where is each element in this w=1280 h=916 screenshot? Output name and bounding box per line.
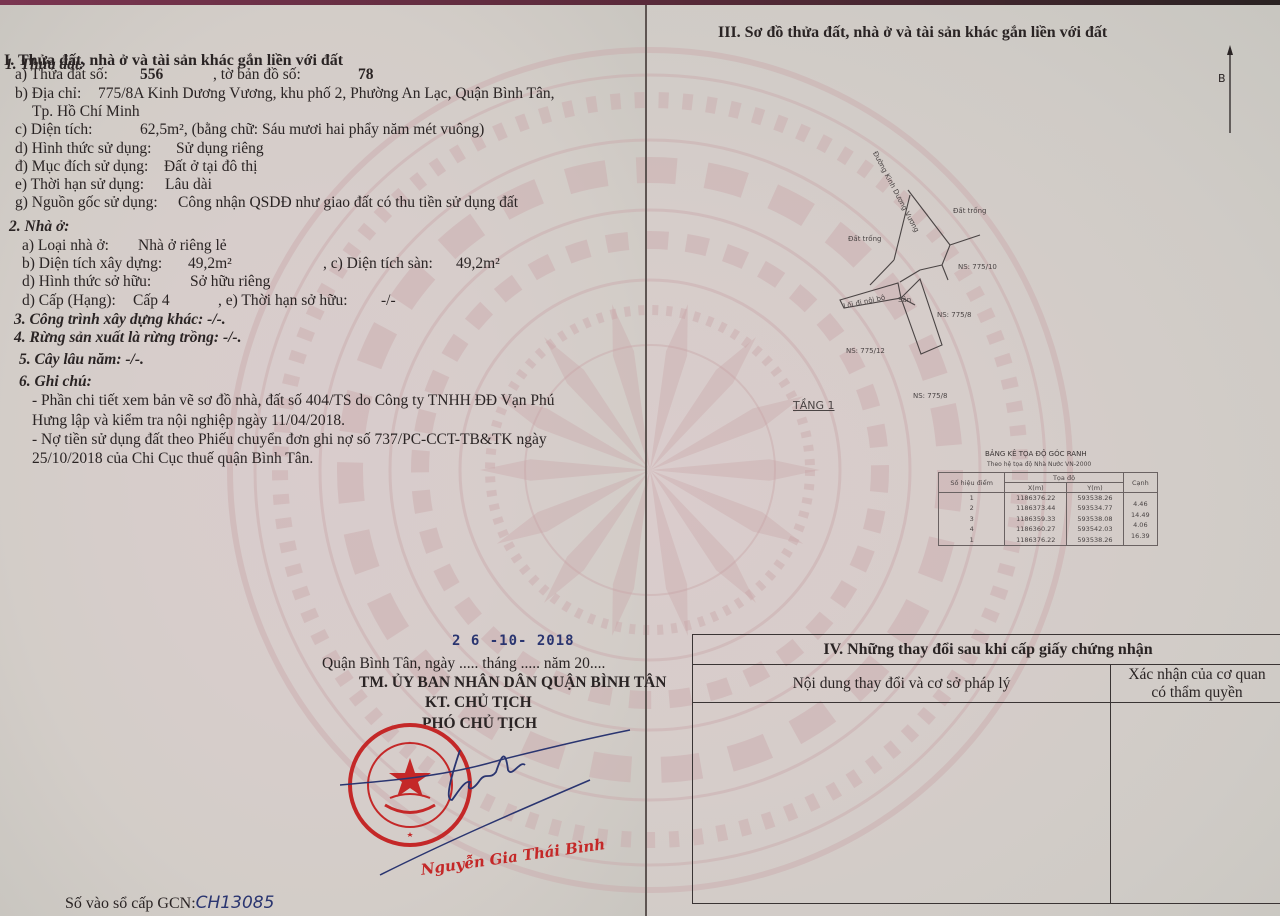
register-label-text: Số vào sổ cấp GCN: [65, 895, 196, 912]
floor-label: TẦNG 1 [793, 399, 835, 412]
sketch-label: Sân [898, 296, 911, 304]
coord-cell-edge: 14.49 [1123, 508, 1157, 519]
north-arrow-icon [1220, 45, 1240, 135]
coord-table: Số hiệu điểm Tọa độ Cạnh X(m) Y(m) 11186… [938, 472, 1158, 546]
origin-value: Công nhận QSDĐ như giao đất có thu tiền … [178, 194, 518, 212]
address-line1: 775/8A Kinh Dương Vương, khu phố 2, Phườ… [98, 85, 555, 103]
ownership-value: Sở hữu riêng [190, 273, 270, 291]
purpose-value: Đất ở tại đô thị [164, 158, 257, 176]
address-line2: Tp. Hồ Chí Minh [32, 103, 140, 121]
coord-cell-x: 1186376.22 [1005, 535, 1067, 546]
coord-cell-edge: 4.46 [1123, 498, 1157, 509]
purpose-label: đ) Mục đích sử dụng: [15, 158, 148, 176]
coord-cell-point: 4 [939, 524, 1005, 535]
own-term-value: -/- [381, 292, 396, 310]
coord-table-title: BẢNG KÊ TỌA ĐỘ GÓC RANH [985, 450, 1087, 458]
sketch-label: Đất trống [953, 207, 986, 215]
grade-label: d) Cấp (Hạng): [22, 292, 116, 310]
forest: 4. Rừng sản xuất là rừng trồng: -/-. [14, 329, 241, 347]
changes-table: IV. Những thay đổi sau khi cấp giấy chứn… [692, 634, 1280, 904]
col-point: Số hiệu điểm [939, 473, 1005, 493]
section-title-3: III. Sơ đồ thửa đất, nhà ở và tài sản kh… [718, 24, 1107, 42]
term-label: e) Thời hạn sử dụng: [15, 176, 144, 194]
coord-cell-point: 1 [939, 493, 1005, 504]
parcel-label: a) Thửa đất số: [15, 66, 108, 84]
coord-row: 11186376.22593538.264.46 [939, 493, 1158, 504]
date-stamp: 2 6 -10- 2018 [452, 633, 575, 649]
built-area-value: 49,2m² [188, 255, 232, 273]
house-type-label: a) Loại nhà ở: [22, 237, 109, 255]
coord-cell-y: 593538.26 [1067, 535, 1123, 546]
ownership-label: d) Hình thức sở hữu: [22, 273, 151, 291]
coord-cell-y: 593538.26 [1067, 493, 1123, 504]
coord-cell-edge: 16.39 [1123, 529, 1157, 540]
sketch-label: NS: 775/8 [913, 392, 947, 400]
issuing-org: TM. ỦY BAN NHÂN DÂN QUẬN BÌNH TÂN [359, 674, 666, 692]
parcel-sketch [820, 130, 1060, 420]
grade-value: Cấp 4 [133, 292, 170, 310]
area-label: c) Diện tích: [15, 121, 92, 139]
area-value: 62,5m², (bằng chữ: Sáu mươi hai phẩy năm… [140, 121, 484, 139]
changes-col-confirm: Xác nhận của cơ quan có thẩm quyền [1111, 665, 1280, 703]
own-term-label: , e) Thời hạn sở hữu: [218, 292, 348, 310]
changes-title: IV. Những thay đổi sau khi cấp giấy chứn… [693, 635, 1280, 665]
coord-table-subtitle: Theo hệ tọa độ Nhà Nước VN-2000 [987, 461, 1091, 468]
address-label: b) Địa chỉ: [15, 85, 81, 103]
sketch-label: Đất trống [848, 235, 881, 243]
use-form-value: Sử dụng riêng [176, 140, 264, 158]
coord-cell-y: 593534.77 [1067, 503, 1123, 514]
term-value: Lâu dài [165, 176, 212, 194]
house-heading: 2. Nhà ở: [9, 218, 69, 236]
built-area-label: b) Diện tích xây dựng: [22, 255, 162, 273]
page-fold [645, 5, 647, 916]
sketch-label: NS: 775/8 [937, 311, 971, 319]
coord-cell-point: 1 [939, 535, 1005, 546]
register-number: CH13085 [196, 893, 275, 913]
register-label: Số vào sổ cấp GCN:CH13085 [65, 894, 274, 913]
note-line: Hưng lập và kiểm tra nội nghiệp ngày 11/… [32, 412, 345, 430]
changes-cell-confirm [1111, 703, 1280, 904]
perennial: 5. Cây lâu năm: -/-. [19, 351, 144, 369]
col-coords: Tọa độ [1005, 473, 1123, 483]
use-form-label: d) Hình thức sử dụng: [15, 140, 152, 158]
coord-cell-edge: 4.06 [1123, 519, 1157, 530]
coord-cell-point: 2 [939, 503, 1005, 514]
floor-area-value: 49,2m² [456, 255, 500, 273]
coord-cell-x: 1186373.44 [1005, 503, 1067, 514]
col-y: Y(m) [1067, 483, 1123, 493]
sketch-label: NS: 775/12 [846, 347, 885, 355]
col-x: X(m) [1005, 483, 1067, 493]
changes-cell-content [693, 703, 1111, 904]
coord-cell-x: 1186376.22 [1005, 493, 1067, 504]
sketch-label: NS: 775/10 [958, 263, 997, 271]
house-type-value: Nhà ở riêng lẻ [138, 237, 227, 255]
place-date: Quận Bình Tân, ngày ..... tháng ..... nă… [322, 655, 605, 673]
note-line: 25/10/2018 của Chi Cục thuế quận Bình Tâ… [32, 450, 313, 468]
note-line: - Phần chi tiết xem bản vẽ sơ đồ nhà, đấ… [32, 392, 555, 410]
notes-heading: 6. Ghi chú: [19, 373, 92, 391]
coord-cell-y: 593538.08 [1067, 514, 1123, 525]
col-edge: Cạnh [1123, 473, 1157, 493]
coord-cell-edge [1123, 540, 1157, 551]
origin-label: g) Nguồn gốc sử dụng: [15, 194, 158, 212]
north-label: B [1218, 70, 1226, 88]
map-sheet-label: , tờ bản đồ số: [213, 66, 301, 84]
coord-cell-x: 1186360.27 [1005, 524, 1067, 535]
map-sheet-number: 78 [358, 66, 374, 84]
changes-col-content: Nội dung thay đổi và cơ sở pháp lý [693, 665, 1111, 703]
signatory-kt: KT. CHỦ TỊCH [425, 694, 532, 712]
coord-cell-point: 3 [939, 514, 1005, 525]
other-works: 3. Công trình xây dựng khác: -/-. [14, 311, 226, 329]
coord-cell-y: 593542.03 [1067, 524, 1123, 535]
parcel-number: 556 [140, 66, 163, 84]
note-line: - Nợ tiền sử dụng đất theo Phiếu chuyển … [32, 431, 547, 449]
coord-cell-x: 1186359.33 [1005, 514, 1067, 525]
floor-area-label: , c) Diện tích sàn: [323, 255, 433, 273]
